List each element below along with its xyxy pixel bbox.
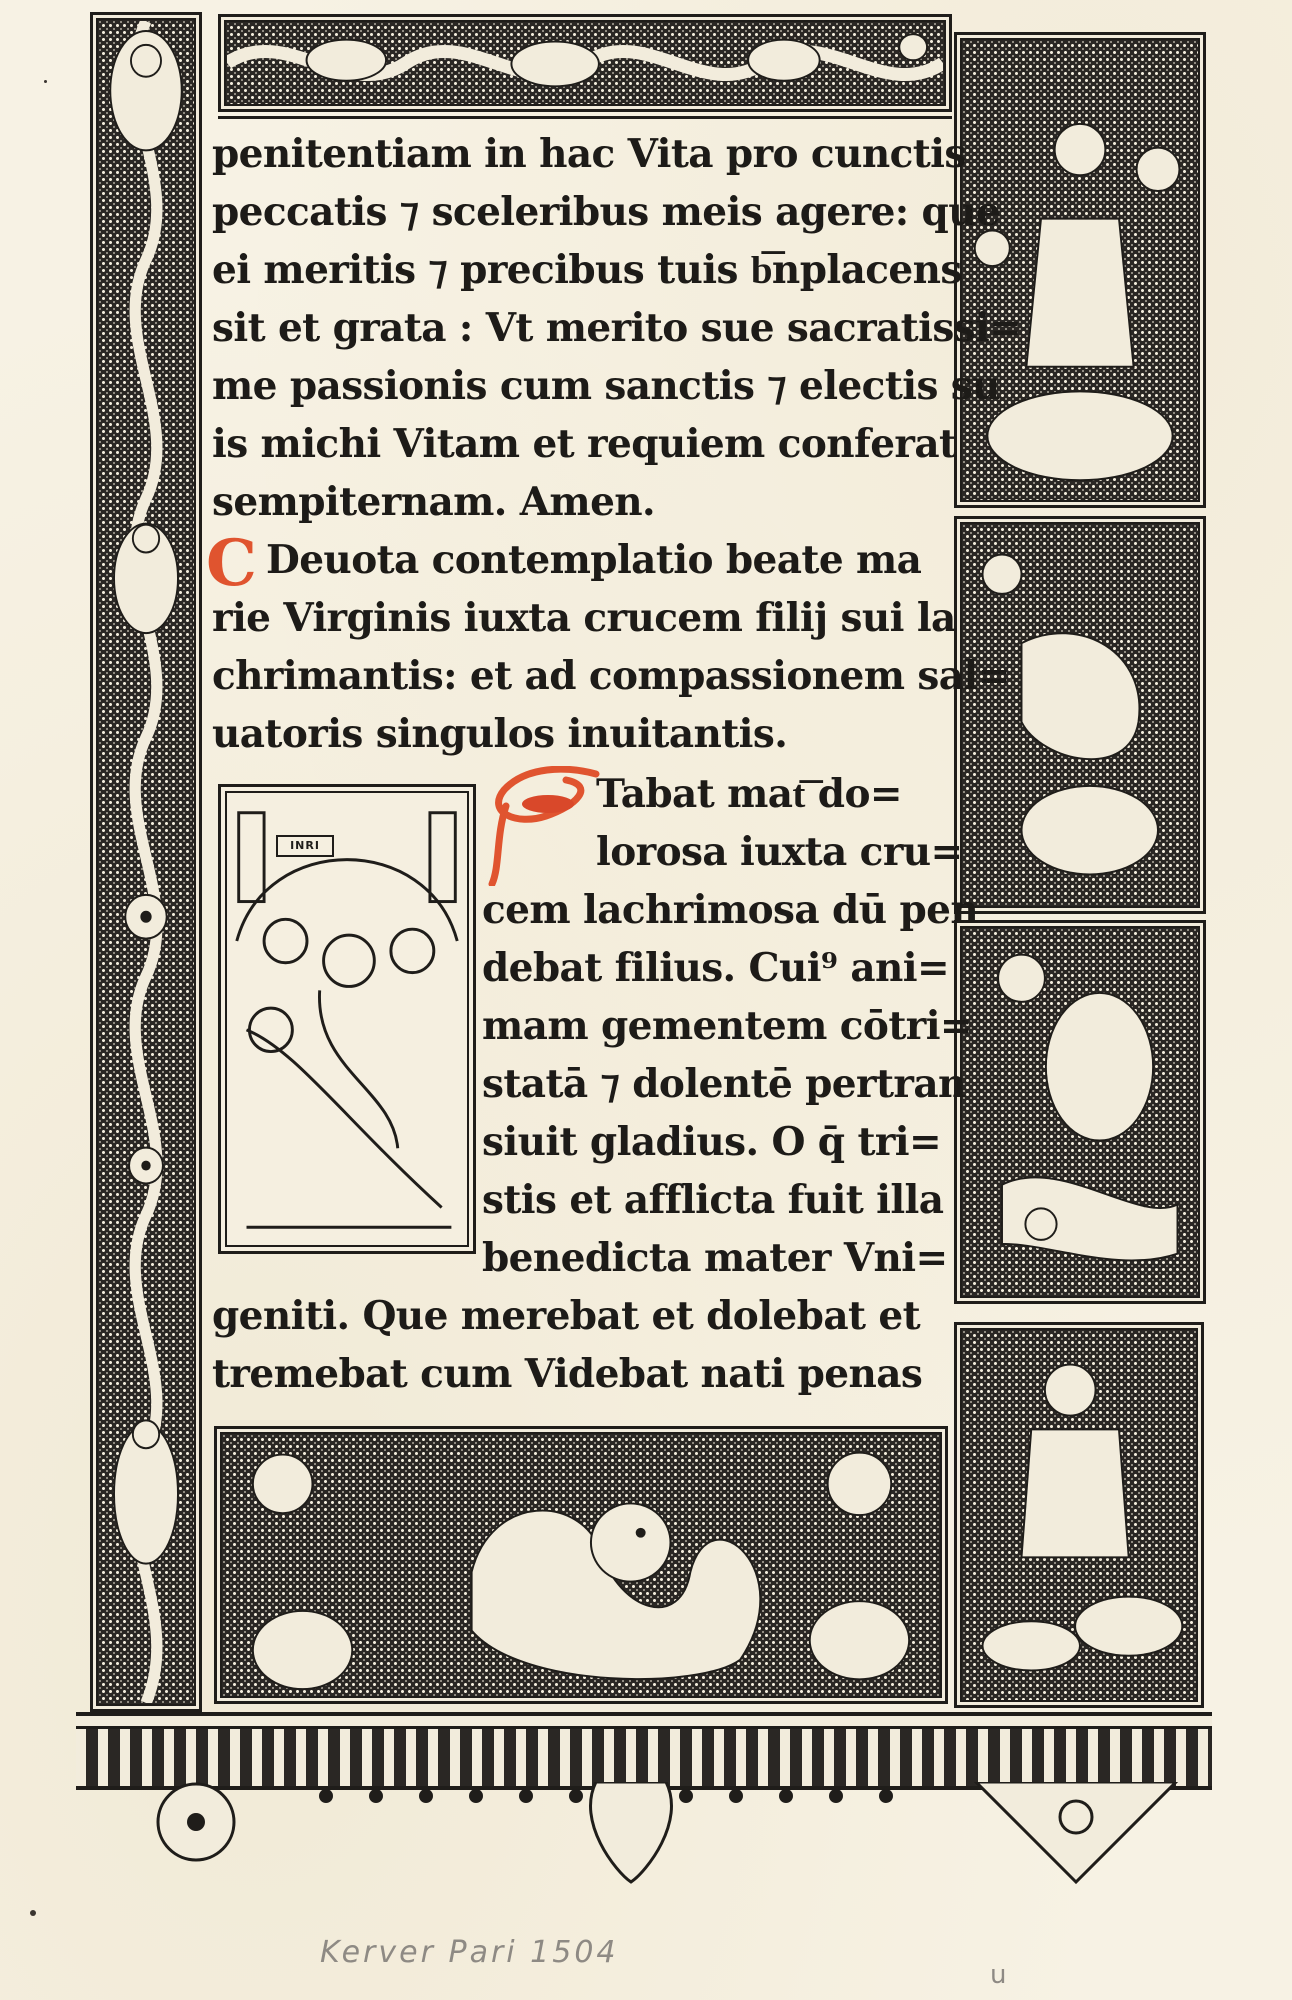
text-line: me passionis cum sanctis ⁊ electis su [212,360,954,412]
heading-line: chrimantis: et ad compassionem sal= [212,650,954,702]
text-line: stis et afflicta fuit illa [482,1174,954,1226]
text-line: peccatis ⁊ sceleribus meis agere: que [212,186,954,238]
right-panel-3-woodcut [954,920,1206,1304]
pencil-note: Kerver Pari 1504 [320,1935,619,1970]
heading-line: rie Virginis iuxta crucem filij sui la [212,592,954,644]
text-line: statā ⁊ dolentē pertran [482,1058,954,1110]
dragon-icon [223,1435,939,1695]
top-rule [218,116,952,119]
rubric-initial-s-icon [486,766,606,886]
right-panel-4-woodcut [954,1322,1204,1708]
bottom-panel-woodcut [214,1426,948,1704]
text-line: mam gementem cōtri= [482,1000,954,1052]
beasts-icon [963,525,1197,905]
armored-figure-icon [963,929,1197,1295]
rubric-initial-c: C [206,532,256,596]
text-line: Tabat mat͞ do= [596,768,954,820]
text-line: cem lachrimosa dū pen [482,884,954,936]
base-cornice [76,1712,1212,1790]
top-border-woodcut [218,14,952,112]
right-panel-1-woodcut [954,32,1206,508]
text-line: benedicta mater Vni= [482,1232,954,1284]
text-line: ei meritis ⁊ precibus tuis b͞nplacens [212,244,954,296]
pendant-frieze-icon [76,1782,1212,1892]
pencil-mark: u [990,1960,1006,1990]
pieta-woodcut [218,784,476,1254]
left-border-woodcut [90,12,202,1712]
pieta-figures-icon [227,793,467,1245]
text-line: tremebat cum Videbat nati penas [212,1348,954,1400]
hunter-icon [963,1331,1195,1699]
foliage-ornament-icon [227,23,943,103]
right-panel-2-woodcut [954,516,1206,914]
text-line: siuit gladius. O q̄ tri= [482,1116,954,1168]
titulus-label: INRI [276,835,334,857]
text-line: sempiternam. Amen. [212,476,655,528]
vine-ornament-icon [99,21,193,1703]
text-line: geniti. Que merebat et dolebat et [212,1290,954,1342]
knight-dragon-icon [963,41,1197,499]
ink-speck [30,1910,36,1916]
text-line: is michi Vitam et requiem conferat [212,418,954,470]
text-line: debat filius. Cui⁹ ani= [482,942,954,994]
text-line: sit et grata : Vt merito sue sacratissi= [212,302,954,354]
heading-line: uatoris singulos inuitantis. [212,708,787,760]
text-line: penitentiam in hac Vita pro cunctis [212,128,954,180]
text-line: lorosa iuxta cru= [596,826,954,878]
ink-speck [44,80,47,83]
heading-line: Deuota contemplatio beate ma [266,534,954,586]
